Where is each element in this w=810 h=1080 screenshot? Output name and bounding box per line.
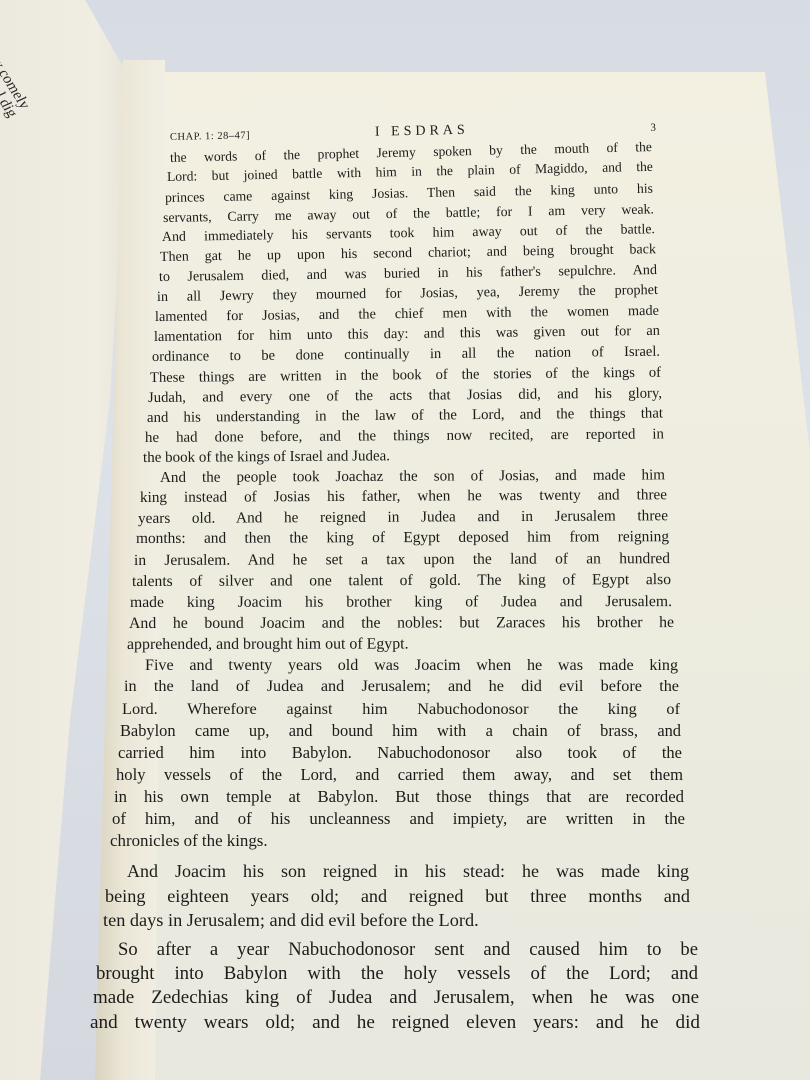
text-line: chronicles of the kings. (110, 832, 268, 851)
text-line: servants, Carry me away out of the battl… (163, 201, 654, 225)
text-line: in the land of Judea and Jerusalem; and … (124, 678, 679, 696)
text-line: Babylon came up, and bound him with a ch… (120, 722, 681, 740)
text-line: These things are written in the book of … (150, 365, 661, 386)
text-line: being eighteen years old; and reigned bu… (105, 886, 690, 906)
text-line: ordinance to be done continually in all … (152, 345, 660, 366)
text-line: And he bound Joacim and the nobles: but … (129, 614, 674, 632)
text-line: ten days in Jerusalem; and did evil befo… (103, 910, 479, 930)
text-line: years old. And he reigned in Judea and i… (138, 508, 668, 528)
text-line: in Jerusalem. And he set a tax upon the … (134, 550, 670, 569)
text-line: Judah, and every one of the acts that Jo… (148, 386, 662, 407)
text-line: princes came against king Josias. Then s… (165, 181, 653, 205)
text-line: made king Joacim his brother king of Jud… (130, 593, 672, 611)
text-line: talents of silver and one talent of gold… (132, 571, 671, 590)
text-line: Then gat he up upon his second chariot; … (160, 242, 656, 265)
text-line: in all Jewry they mourned for Josias, ye… (157, 283, 658, 306)
text-line: And Joacim his son reigned in his stead:… (127, 862, 689, 882)
text-line: made Zedechias king of Judea and Jerusal… (93, 988, 699, 1009)
text-line: And immediately his servants took him aw… (162, 222, 655, 245)
page-content: CHAP. 1: 28–47] I ESDRAS 3 the words of … (0, 0, 810, 1080)
text-line: holy vessels of the Lord, and carried th… (116, 766, 683, 784)
text-line: and twenty wears old; and he reigned ele… (90, 1012, 700, 1033)
text-line: Lord. Wherefore against him Nabuchodonos… (122, 700, 680, 718)
text-line: Five and twenty years old was Joacim whe… (145, 657, 678, 675)
text-line: he had done before, and the things now r… (145, 426, 664, 446)
book-title: I ESDRAS (375, 123, 469, 141)
text-line: brought into Babylon with the holy vesse… (96, 964, 698, 985)
text-line: the book of the kings of Israel and Jude… (143, 448, 390, 466)
text-line: apprehended, and brought him out of Egyp… (127, 636, 409, 654)
text-line: and his understanding in the law of the … (147, 405, 663, 426)
text-line: lamented for Josias, and the chief men w… (155, 304, 659, 326)
text-line: And the people took Joachaz the son of J… (160, 467, 665, 486)
text-line: in his own temple at Babylon. But those … (114, 788, 684, 806)
page-number: 3 (650, 122, 656, 134)
text-line: lamentation for him unto this day: and t… (154, 324, 660, 346)
text-line: of him, and of his uncleanness and impie… (112, 810, 685, 828)
text-line: So after a year Nabuchodonosor sent and … (118, 940, 698, 960)
text-line: king instead of Josias his father, when … (140, 487, 667, 506)
text-line: months: and then the king of Egypt depos… (136, 529, 669, 548)
text-line: carried him into Babylon. Nabuchodonosor… (118, 744, 682, 762)
chapter-reference: CHAP. 1: 28–47] (170, 130, 250, 143)
